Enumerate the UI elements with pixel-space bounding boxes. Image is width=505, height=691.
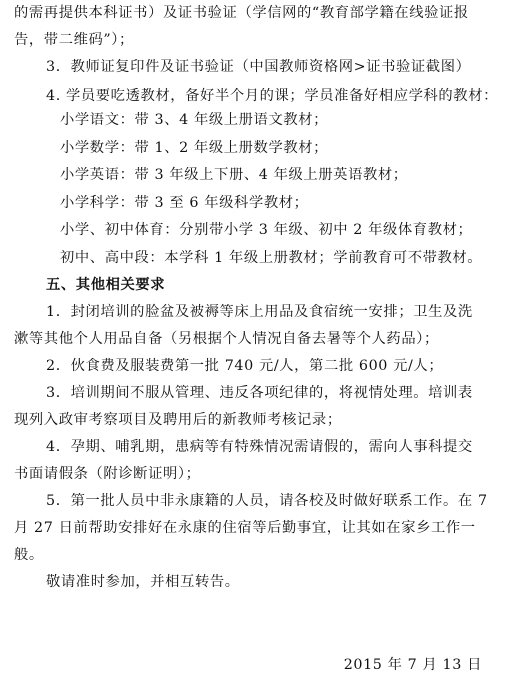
list-item: 3．培训期间不服从管理、违反各项纪律的，将视情处理。培训表 (46, 380, 473, 407)
sub-list-item: 小学数学：带 1、2 年级上册数学教材； (60, 135, 328, 162)
sub-list-item: 小学语文：带 3、4 年级上册语文教材； (60, 107, 328, 134)
sub-list-item: 小学科学：带 3 至 6 年级科学教材； (60, 190, 309, 217)
list-item: 3．教师证复印件及证书验证（中国教师资格网>证书验证截图） (46, 54, 471, 81)
text-line: 告，带二维码”）； (14, 27, 134, 54)
text-line: 月 27 日前帮助安排好在永康的住宿等后勤事宜，让其如在家乡工作一 (14, 515, 476, 542)
closing-line: 敬请准时参加，并相互转告。 (46, 569, 240, 596)
list-item: 4. 学员要吃透教材，备好半个月的课；学员准备好相应学科的教材： (46, 83, 498, 110)
sub-list-item: 小学、初中体育：分别带小学 3 年级、初中 2 年级体育教材； (60, 217, 472, 244)
sub-list-item: 小学英语：带 3 年级上下册、4 年级上册英语教材； (60, 162, 408, 189)
list-item: 5．第一批人员中非永康籍的人员，请各校及时做好联系工作。在 7 (46, 488, 488, 515)
list-item: 1．封闭培训的脸盆及被褥等床上用品及食宿统一安排；卫生及洗 (46, 299, 473, 326)
text-line: 漱等其他个人用品自备（另根据个人情况自备去暑等个人药品）； (14, 326, 439, 353)
list-item: 4．孕期、哺乳期，患病等有特殊情况需请假的，需向人事科提交 (46, 434, 473, 461)
document-date: 2015 年 7 月 13 日 (344, 652, 482, 679)
text-line: 的需再提供本科证书）及证书验证（学信网的“教育部学籍在线验证报 (14, 0, 469, 27)
text-line: 般。 (14, 542, 44, 569)
list-item: 2．伙食费及服装费第一批 740 元/人，第二批 600 元/人； (46, 353, 443, 380)
text-line: 书面请假条（附诊断证明）； (14, 461, 201, 488)
section-heading: 五、其他相关要求 (46, 272, 165, 299)
sub-list-item: 初中、高中段：本学科 1 年级上册教材；学前教育可不带教材。 (60, 245, 482, 272)
text-line: 现列入政审考察项目及聘用后的新教师考核记录； (14, 407, 342, 434)
